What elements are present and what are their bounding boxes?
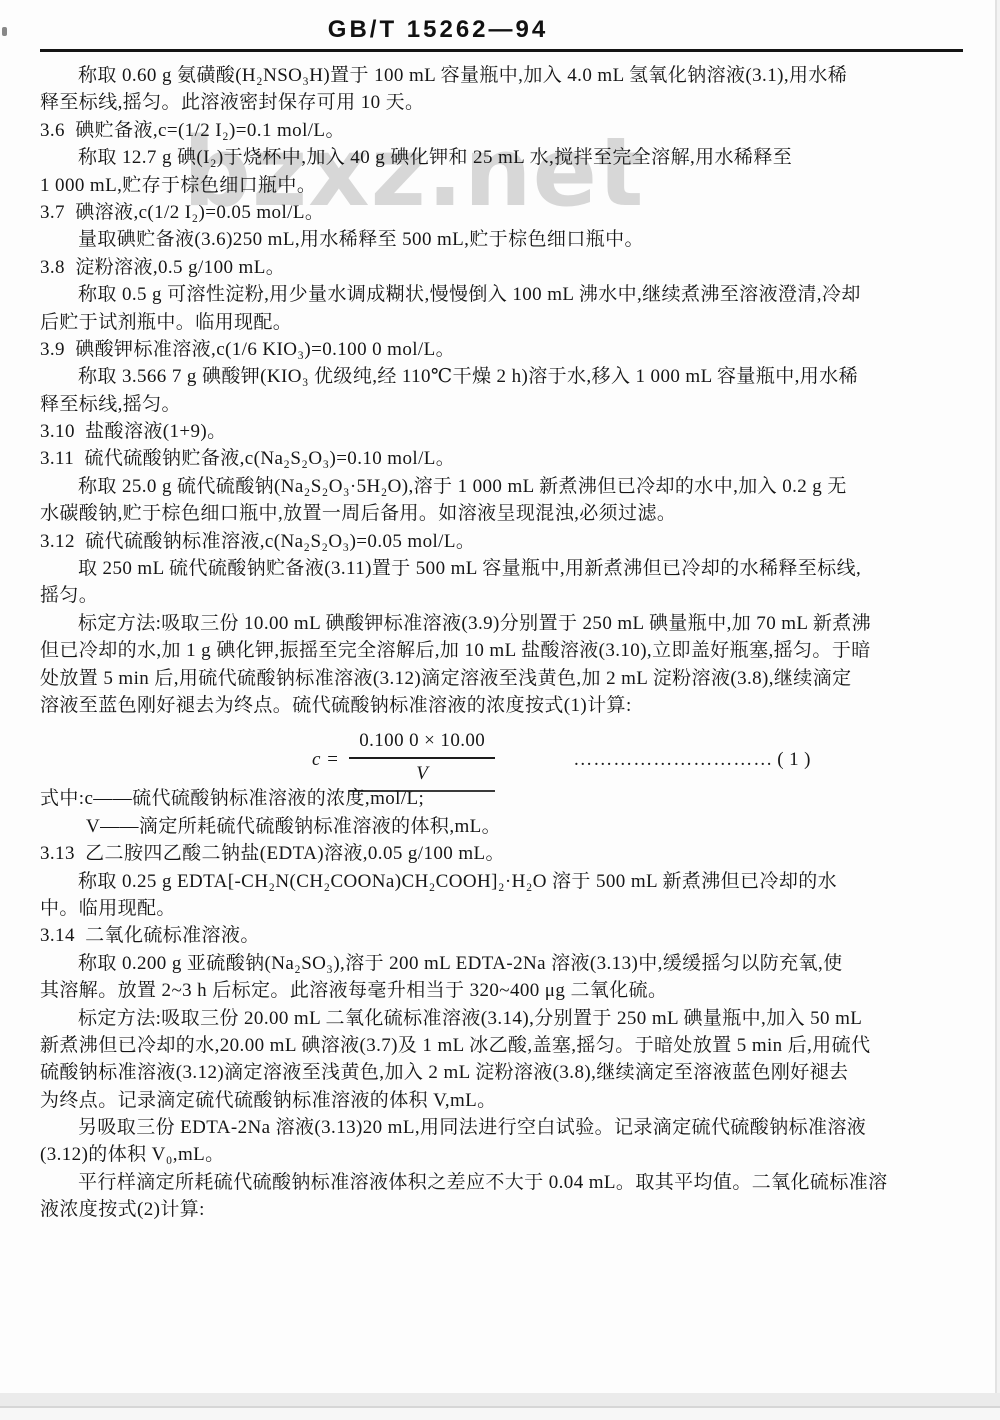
text-line: 释至标线,摇匀。此溶液密封保存可用 10 天。 [40,89,968,116]
text-line: 但已冷却的水,加 1 g 碘化钾,振摇至完全溶解后,加 10 mL 盐酸溶液(3… [40,637,968,664]
section-heading: 3.11 硫代硫酸钠贮备液,c(Na₂S₂O₃)=0.10 mol/L。 [40,445,968,472]
text-line: 称取 0.60 g 氨磺酸(H₂NSO₃H)置于 100 mL 容量瓶中,加入 … [40,62,968,89]
scan-edge-line [995,0,997,1420]
text-line: 量取碘贮备液(3.6)250 mL,用水稀释至 500 mL,贮于棕色细口瓶中。 [40,226,968,253]
text-line: (3.12)的体积 V₀,mL。 [40,1141,968,1168]
formula-1: c = 0.100 0 × 10.00 V ………………………… ( 1 ) [40,719,968,785]
text-line: 称取 12.7 g 碘(I₂)于烧杯中,加入 40 g 碘化钾和 25 mL 水… [40,144,968,171]
text-line: V——滴定所耗硫代硫酸钠标准溶液的体积,mL。 [40,813,968,840]
formula-fraction: 0.100 0 × 10.00 V [349,727,495,792]
text-line: 称取 0.5 g 可溶性淀粉,用少量水调成糊状,慢慢倒入 100 mL 沸水中,… [40,281,968,308]
text-line: 标定方法:吸取三份 10.00 mL 碘酸钾标准溶液(3.9)分别置于 250 … [40,610,968,637]
text-line: 式中:c——硫代硫酸钠标准溶液的浓度,mol/L; [40,785,968,812]
formula-dot-leader: ………………………… [573,746,773,773]
page-header: GB/T 15262—94 [0,16,1000,44]
text-line: 摇匀。 [40,582,968,609]
header-rule [40,49,963,52]
formula-numerator: 0.100 0 × 10.00 [349,727,495,759]
document-body: 称取 0.60 g 氨磺酸(H₂NSO₃H)置于 100 mL 容量瓶中,加入 … [40,62,968,1224]
text-line: 称取 25.0 g 硫代硫酸钠(Na₂S₂O₃·5H₂O),溶于 1 000 m… [40,473,968,500]
text-line: 平行样滴定所耗硫代硫酸钠标准溶液体积之差应不大于 0.04 mL。取其平均值。二… [40,1169,968,1196]
text-line: 标定方法:吸取三份 20.00 mL 二氧化硫标准溶液(3.14),分别置于 2… [40,1005,968,1032]
standard-number: GB/T 15262—94 [328,16,548,44]
text-line: 中。临用现配。 [40,895,968,922]
section-heading: 3.12 硫代硫酸钠标准溶液,c(Na₂S₂O₃)=0.05 mol/L。 [40,528,968,555]
text-line: 处放置 5 min 后,用硫代硫酸钠标准溶液(3.12)滴定溶液至浅黄色,加 2… [40,665,968,692]
section-heading: 3.6 碘贮备液,c=(1/2 I₂)=0.1 mol/L。 [40,117,968,144]
text-line: 取 250 mL 硫代硫酸钠贮备液(3.11)置于 500 mL 容量瓶中,用新… [40,555,968,582]
page-container: GB/T 15262—94 bzxz.net 称取 0.60 g 氨磺酸(H₂N… [0,0,1000,1420]
text-line: 称取 0.200 g 亚硫酸钠(Na₂SO₃),溶于 200 mL EDTA-2… [40,950,968,977]
section-heading: 3.8 淀粉溶液,0.5 g/100 mL。 [40,254,968,281]
formula-lhs: c = [312,746,339,773]
section-heading: 3.10 盐酸溶液(1+9)。 [40,418,968,445]
section-heading: 3.13 乙二胺四乙酸二钠盐(EDTA)溶液,0.05 g/100 mL。 [40,840,968,867]
text-line: 称取 3.566 7 g 碘酸钾(KIO₃ 优级纯,经 110℃干燥 2 h)溶… [40,363,968,390]
body-section-before-formula: 称取 0.60 g 氨磺酸(H₂NSO₃H)置于 100 mL 容量瓶中,加入 … [40,62,968,719]
text-line: 水碳酸钠,贮于棕色细口瓶中,放置一周后备用。如溶液呈现混浊,必须过滤。 [40,500,968,527]
text-line: 溶液至蓝色刚好褪去为终点。硫代硫酸钠标准溶液的浓度按式(1)计算: [40,692,968,719]
text-line: 其溶解。放置 2~3 h 后标定。此溶液每毫升相当于 320~400 μg 二氧… [40,977,968,1004]
text-line: 液浓度按式(2)计算: [40,1196,968,1223]
scan-bottom-band [0,1393,1000,1406]
text-line: 硫酸钠标准溶液(3.12)滴定溶液至浅黄色,加入 2 mL 淀粉溶液(3.8),… [40,1059,968,1086]
text-line: 称取 0.25 g EDTA[-CH₂N(CH₂COONa)CH₂COOH]₂·… [40,868,968,895]
text-line: 1 000 mL,贮存于棕色细口瓶中。 [40,172,968,199]
section-heading: 3.7 碘溶液,c(1/2 I₂)=0.05 mol/L。 [40,199,968,226]
body-section-after-formula: 式中:c——硫代硫酸钠标准溶液的浓度,mol/L;V——滴定所耗硫代硫酸钠标准溶… [40,785,968,1223]
text-line: 释至标线,摇匀。 [40,391,968,418]
text-line: 为终点。记录滴定硫代硫酸钠标准溶液的体积 V,mL。 [40,1087,968,1114]
text-line: 后贮于试剂瓶中。临用现配。 [40,309,968,336]
text-line: 新煮沸但已冷却的水,20.00 mL 碘溶液(3.7)及 1 mL 冰乙酸,盖塞… [40,1032,968,1059]
scan-bottom-shade [0,1408,1000,1420]
text-line: 另吸取三份 EDTA-2Na 溶液(3.13)20 mL,用同法进行空白试验。记… [40,1114,968,1141]
section-heading: 3.9 碘酸钾标准溶液,c(1/6 KIO₃)=0.100 0 mol/L。 [40,336,968,363]
formula-number-label: ( 1 ) [777,746,811,773]
section-heading: 3.14 二氧化硫标准溶液。 [40,922,968,949]
